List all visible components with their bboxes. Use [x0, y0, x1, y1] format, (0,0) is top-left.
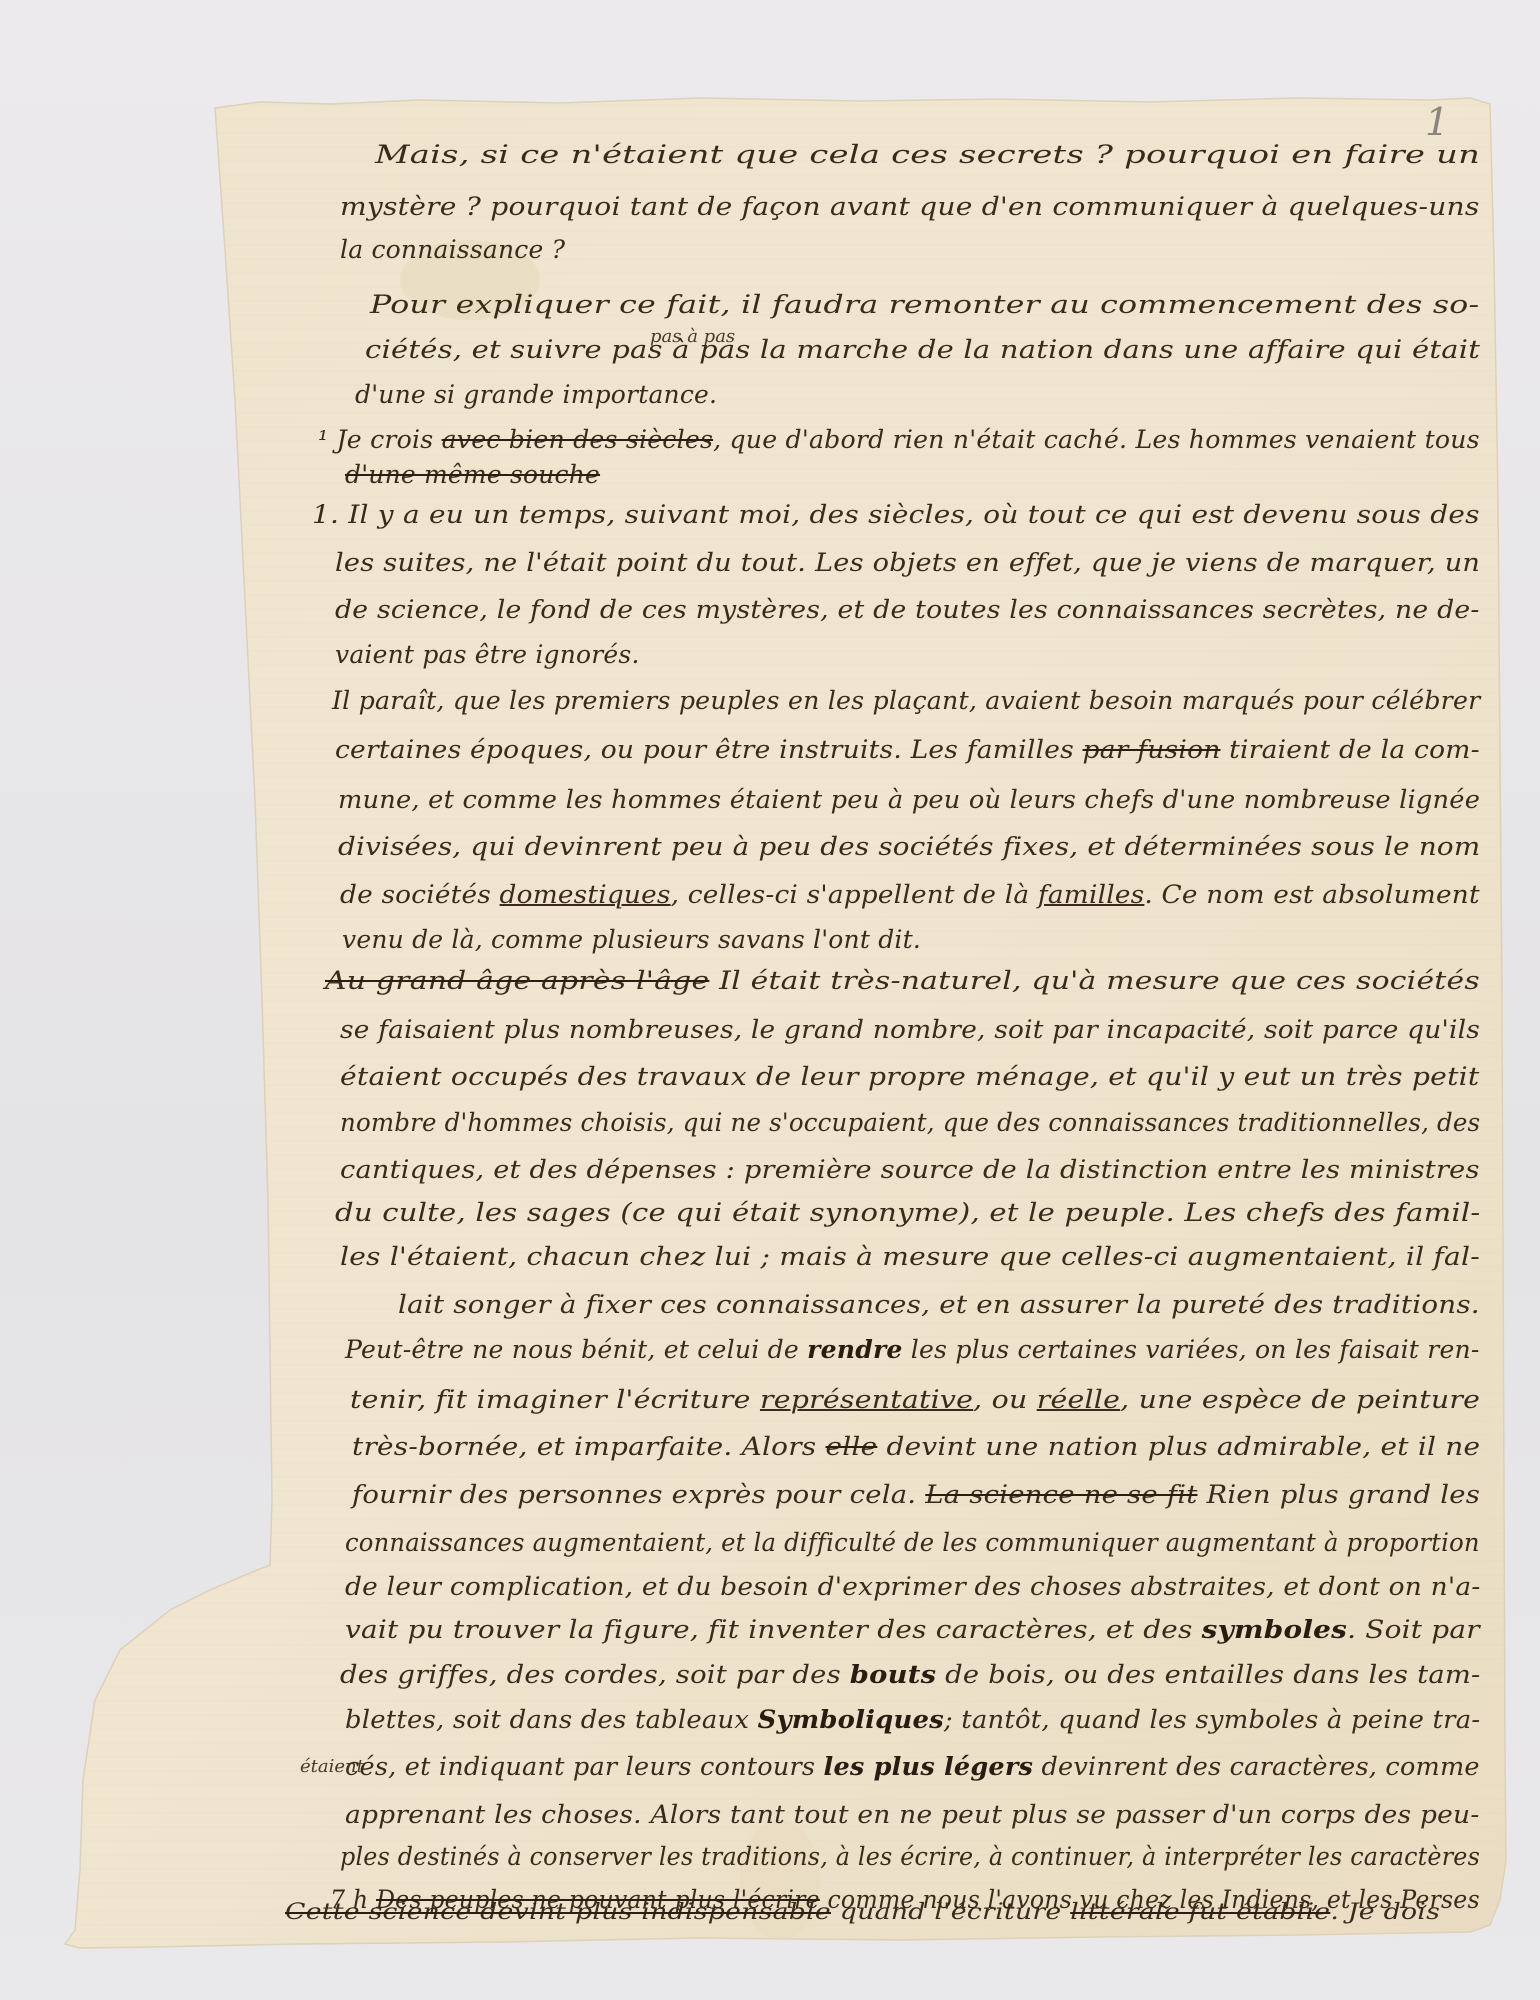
manuscript-line: ples destinés à conserver les traditions… [340, 1844, 1480, 1869]
line-text: très-bornée, et imparfaite. Alors [352, 1432, 825, 1461]
line-text: vait pu trouver la figure, fit inventer … [345, 1615, 1202, 1644]
manuscript-line: apprenant les choses. Alors tant tout en… [345, 1802, 1479, 1827]
line-text: les plus certaines variées, on les faisa… [903, 1335, 1480, 1364]
manuscript-line: des griffes, des cordes, soit par des bo… [340, 1662, 1481, 1687]
manuscript-line: étaient occupés des travaux de leur prop… [340, 1064, 1479, 1089]
manuscript-line-closing: Cette science devint plus indispensable … [285, 1902, 1440, 1924]
struck-text: Au grand âge après l'âge [325, 966, 709, 995]
manuscript-line: Au grand âge après l'âge Il était très-n… [325, 968, 1480, 993]
manuscript-line: cés, et indiquant par leurs contours les… [345, 1754, 1480, 1779]
manuscript-line: cantiques, et des dépenses : première so… [340, 1157, 1480, 1182]
manuscript-line: de science, le fond de ces mystères, et … [335, 597, 1480, 622]
manuscript-line: vaient pas être ignorés. [335, 642, 640, 667]
line-text: quand l'écriture [831, 1900, 1070, 1925]
line-text: devint une nation plus admirable, et il … [877, 1432, 1480, 1461]
interlinear-note: pas à pas [650, 326, 735, 347]
struck-text: littérale fut établie [1070, 1900, 1330, 1925]
struck-text: par fusion [1083, 735, 1221, 764]
manuscript-line: ¹ Je crois avec bien des siècles, que d'… [318, 427, 1480, 452]
line-text: cés, et indiquant par leurs contours [345, 1752, 824, 1781]
manuscript-line: certaines époques, ou pour être instruit… [335, 737, 1480, 762]
line-text: des griffes, des cordes, soit par des [340, 1660, 850, 1689]
line-text: fournir des personnes exprès pour cela. [352, 1480, 925, 1509]
emphasized-text: les plus légers [824, 1752, 1034, 1781]
manuscript-line: blettes, soit dans des tableaux Symboliq… [345, 1707, 1480, 1732]
manuscript-line: 1. Il y a eu un temps, suivant moi, des … [312, 502, 1480, 527]
manuscript-line: de leur complication, et du besoin d'exp… [345, 1574, 1480, 1599]
line-text: . Je dois [1330, 1900, 1440, 1925]
underlined-text: représentative [760, 1385, 973, 1414]
manuscript-line: mystère ? pourquoi tant de façon avant q… [340, 194, 1480, 219]
handwritten-text: Mais, si ce n'étaient que cela ces secre… [0, 0, 1540, 2000]
line-text: Il était très-naturel, qu'à mesure que c… [709, 966, 1480, 995]
underlined-text: réelle [1037, 1385, 1120, 1414]
line-text: . Ce nom est absolument [1144, 880, 1479, 909]
manuscript-line: les l'étaient, chacun chez lui ; mais à … [340, 1244, 1480, 1269]
manuscript-line: de sociétés domestiques, celles-ci s'app… [340, 882, 1480, 907]
underlined-text: domestiques [500, 880, 671, 909]
manuscript-line: d'une si grande importance. [355, 382, 717, 407]
manuscript-line: divisées, qui devinrent peu à peu des so… [338, 834, 1480, 859]
struck-text: avec bien des siècles [442, 425, 714, 454]
manuscript-line: nombre d'hommes choisis, qui ne s'occupa… [340, 1110, 1480, 1135]
line-text: certaines époques, ou pour être instruit… [335, 735, 1083, 764]
manuscript-line: mune, et comme les hommes étaient peu à … [338, 787, 1480, 812]
manuscript-line: Peut-être ne nous bénit, et celui de ren… [345, 1337, 1480, 1362]
line-text: , que d'abord rien n'était caché. Les ho… [713, 425, 1480, 454]
manuscript-line: Il paraît, que les premiers peuples en l… [332, 688, 1480, 713]
manuscript-page: 1 Mais, si ce n'étaient que cela ces sec… [0, 0, 1540, 2000]
line-text: blettes, soit dans des tableaux [345, 1705, 758, 1734]
line-text: , celles-ci s'appellent de là [671, 880, 1038, 909]
struck-text: d'une même souche [345, 460, 600, 489]
manuscript-line: d'une même souche [345, 462, 600, 487]
manuscript-line: les suites, ne l'était point du tout. Le… [335, 550, 1480, 575]
manuscript-line: très-bornée, et imparfaite. Alors elle d… [352, 1434, 1480, 1459]
manuscript-line: Mais, si ce n'étaient que cela ces secre… [375, 142, 1480, 167]
emphasized-text: Symboliques [758, 1705, 944, 1734]
line-text: Peut-être ne nous bénit, et celui de [345, 1335, 807, 1364]
struck-text: elle [825, 1432, 877, 1461]
manuscript-line: lait songer à fixer ces connaissances, e… [398, 1292, 1480, 1317]
interlinear-note: étaient [300, 1756, 364, 1777]
emphasized-text: rendre [807, 1335, 902, 1364]
line-text: de sociétés [340, 880, 500, 909]
manuscript-line: vait pu trouver la figure, fit inventer … [345, 1617, 1480, 1642]
emphasized-text: bouts [850, 1660, 936, 1689]
line-text: , une espèce de peinture [1120, 1385, 1480, 1414]
line-text: ; tantôt, quand les symboles à peine tra… [944, 1705, 1480, 1734]
manuscript-line: Pour expliquer ce fait, il faudra remont… [370, 292, 1479, 317]
manuscript-line: se faisaient plus nombreuses, le grand n… [340, 1017, 1480, 1042]
line-text: ¹ Je crois [318, 425, 442, 454]
line-text: tiraient de la com- [1221, 735, 1480, 764]
line-text: Rien plus grand les [1198, 1480, 1481, 1509]
struck-text: Cette science devint plus indispensable [285, 1900, 831, 1925]
manuscript-line: la connaissance ? [340, 237, 565, 262]
line-text: devinrent des caractères, comme [1033, 1752, 1480, 1781]
line-text: , ou [973, 1385, 1037, 1414]
manuscript-line: du culte, les sages (ce qui était synony… [335, 1200, 1480, 1225]
struck-text: La science ne se fit [925, 1480, 1197, 1509]
line-text: tenir, fit imaginer l'écriture [350, 1385, 760, 1414]
underlined-text: familles [1038, 880, 1144, 909]
line-text: de bois, ou des entailles dans les tam- [936, 1660, 1480, 1689]
manuscript-line: connaissances augmentaient, et la diffic… [345, 1530, 1480, 1555]
manuscript-line: tenir, fit imaginer l'écriture représent… [350, 1387, 1480, 1412]
manuscript-line: venu de là, comme plusieurs savans l'ont… [342, 927, 921, 952]
emphasized-text: symboles [1202, 1615, 1347, 1644]
manuscript-line: ciétés, et suivre pas à pas la marche de… [365, 337, 1480, 362]
line-text: . Soit par [1347, 1615, 1480, 1644]
manuscript-line: fournir des personnes exprès pour cela. … [352, 1482, 1480, 1507]
